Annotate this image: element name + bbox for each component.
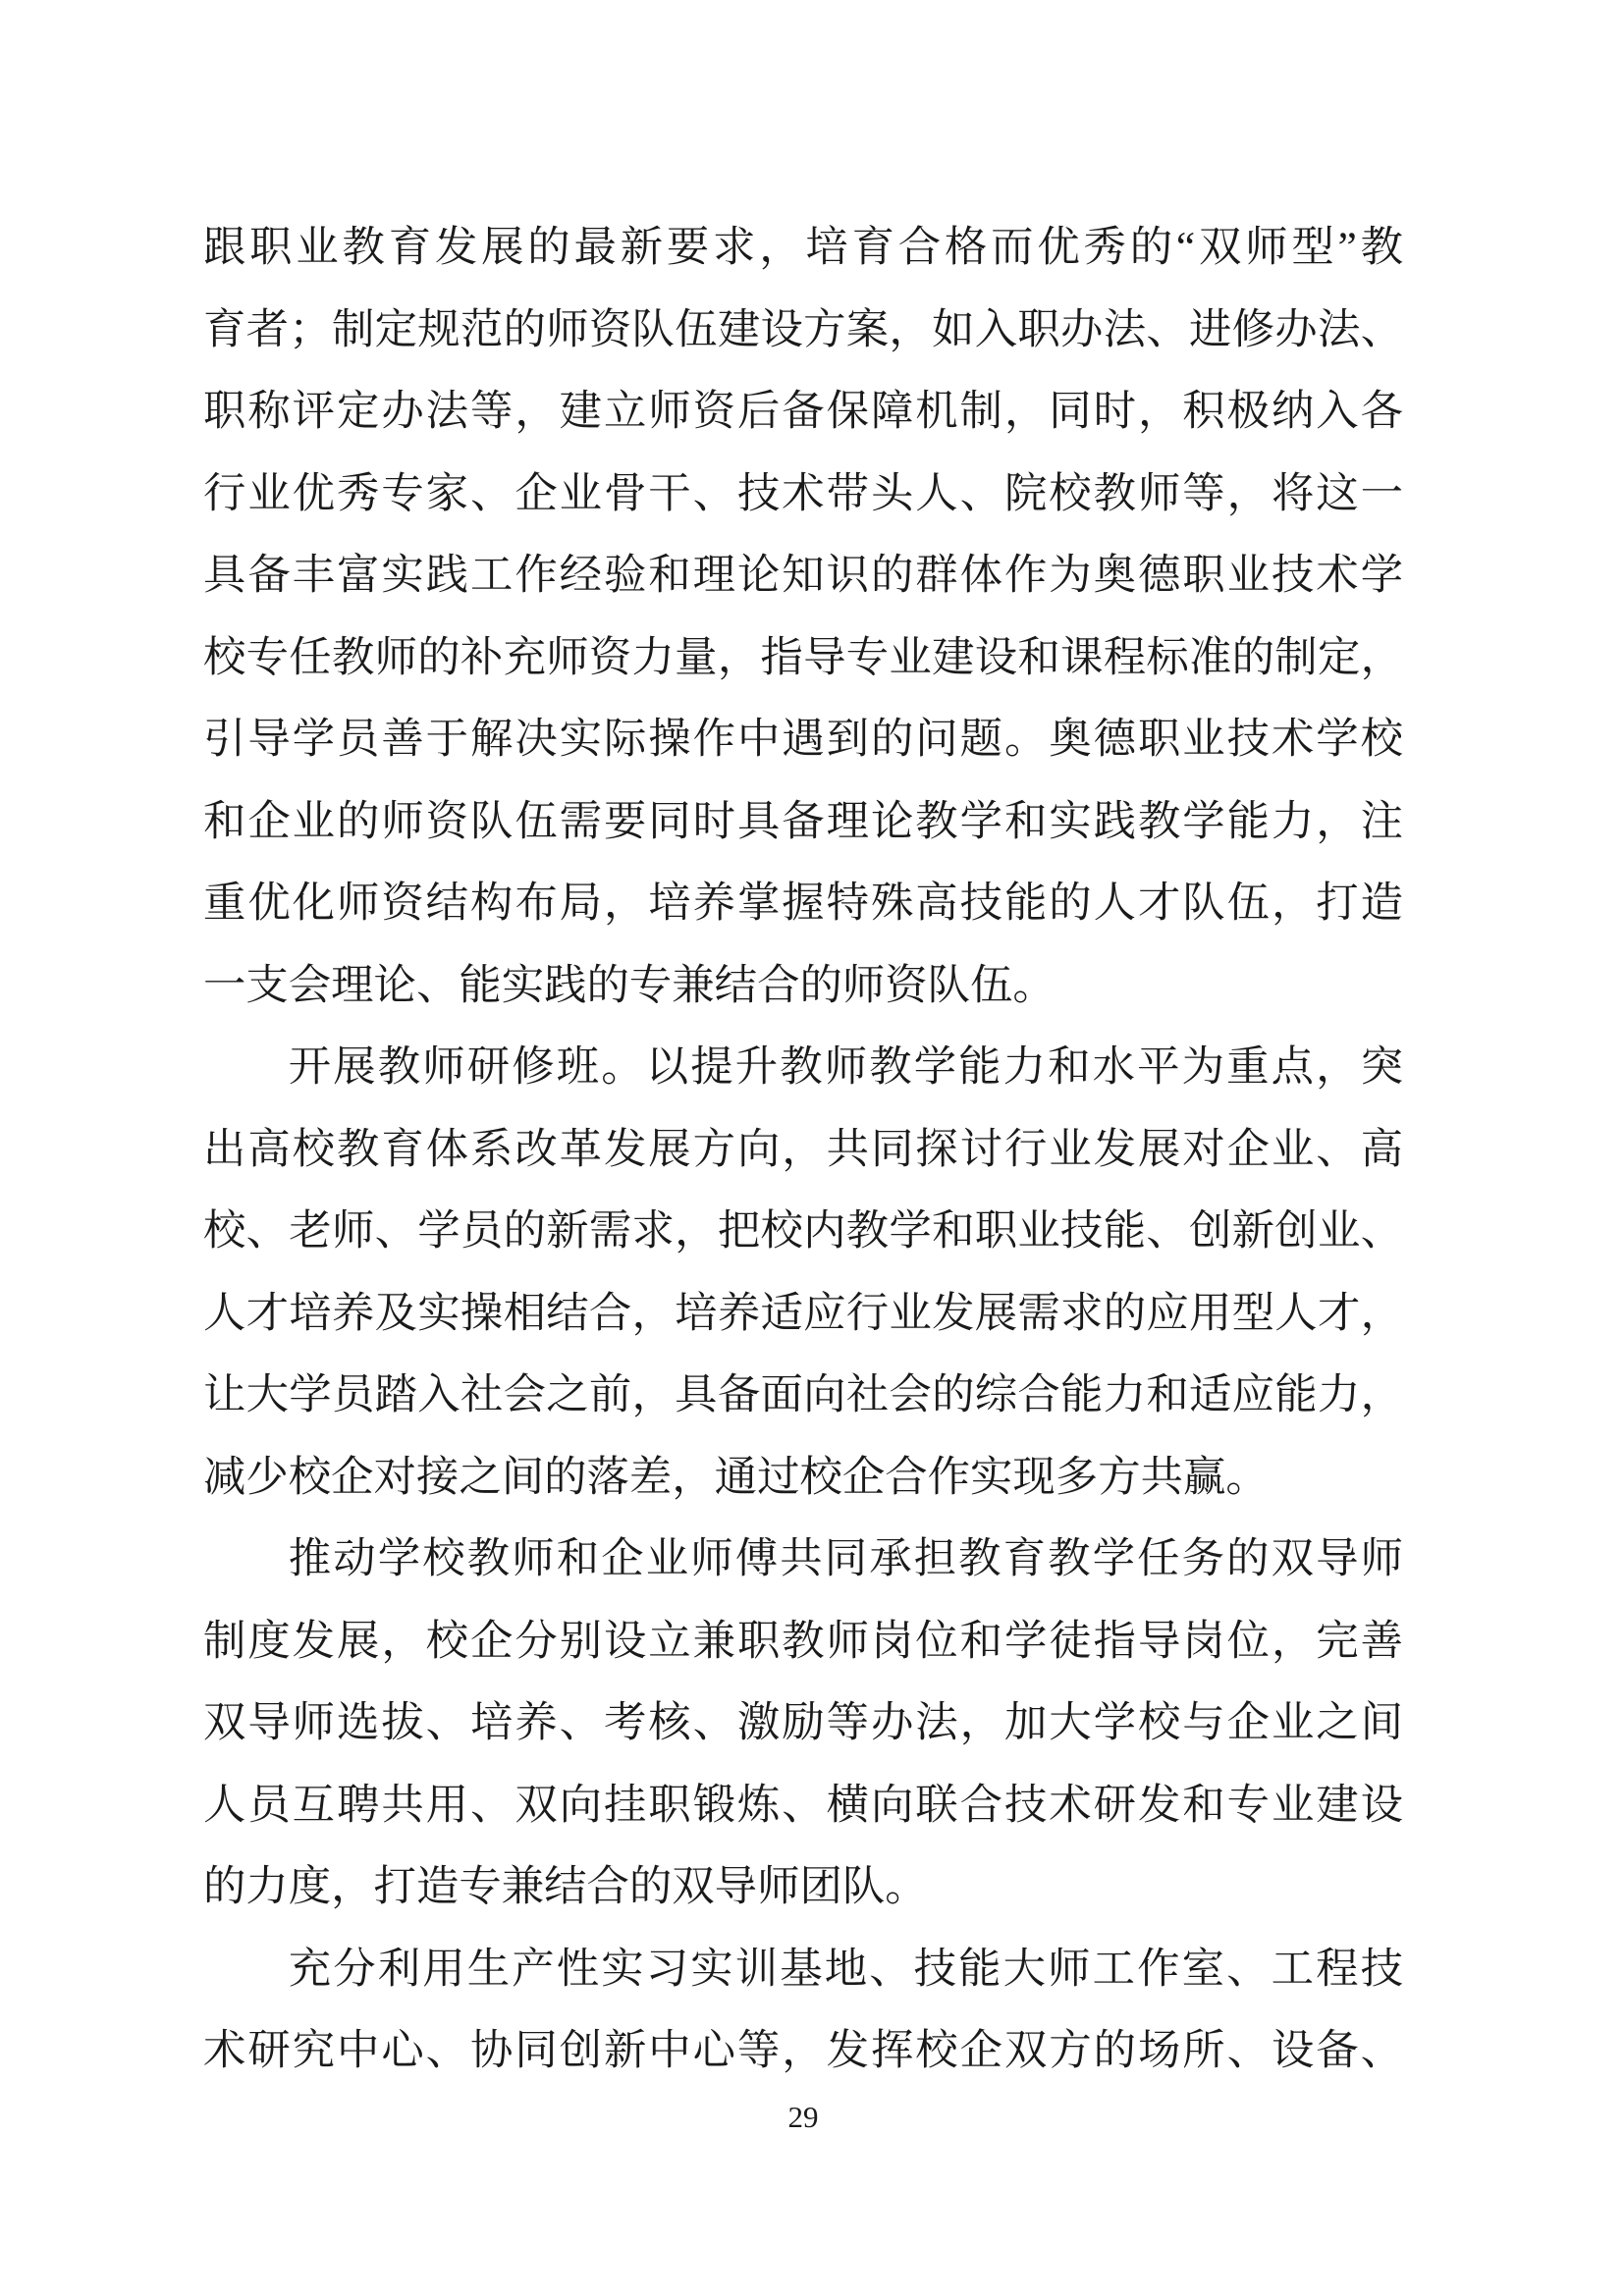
text-line: 人才培养及实操相结合，培养适应行业发展需求的应用型人才， bbox=[203, 1273, 1403, 1356]
text-line: 具备丰富实践工作经验和理论知识的群体作为奥德职业技术学 bbox=[203, 535, 1403, 617]
text-line: 充分利用生产性实习实训基地、技能大师工作室、工程技 bbox=[203, 1929, 1403, 2011]
text-line: 校专任教师的补充师资力量，指导专业建设和课程标准的制定， bbox=[203, 617, 1403, 700]
text-line: 开展教师研修班。以提升教师教学能力和水平为重点，突 bbox=[203, 1027, 1403, 1109]
text-line: 育者；制定规范的师资队伍建设方案，如入职办法、进修办法、 bbox=[203, 290, 1403, 372]
paragraph: 充分利用生产性实习实训基地、技能大师工作室、工程技术研究中心、协同创新中心等，发… bbox=[203, 1929, 1403, 2093]
text-line: 双导师选拔、培养、考核、激励等办法，加大学校与企业之间 bbox=[203, 1682, 1403, 1765]
text-line: 制度发展，校企分别设立兼职教师岗位和学徒指导岗位，完善 bbox=[203, 1601, 1403, 1683]
text-block: 跟职业教育发展的最新要求，培育合格而优秀的“双师型”教育者；制定规范的师资队伍建… bbox=[203, 207, 1403, 2093]
document-page: 跟职业教育发展的最新要求，培育合格而优秀的“双师型”教育者；制定规范的师资队伍建… bbox=[0, 0, 1624, 2296]
text-line: 和企业的师资队伍需要同时具备理论教学和实践教学能力，注 bbox=[203, 781, 1403, 864]
text-line: 校、老师、学员的新需求，把校内教学和职业技能、创新创业、 bbox=[203, 1191, 1403, 1273]
text-line: 减少校企对接之间的落差，通过校企合作实现多方共赢。 bbox=[203, 1437, 1403, 1520]
text-line: 让大学员踏入社会之前，具备面向社会的综合能力和适应能力， bbox=[203, 1355, 1403, 1437]
paragraph: 推动学校教师和企业师傅共同承担教育教学任务的双导师制度发展，校企分别设立兼职教师… bbox=[203, 1519, 1403, 1929]
text-line: 人员互聘共用、双向挂职锻炼、横向联合技术研发和专业建设 bbox=[203, 1765, 1403, 1847]
text-line: 引导学员善于解决实际操作中遇到的问题。奥德职业技术学校 bbox=[203, 699, 1403, 781]
text-line: 术研究中心、协同创新中心等，发挥校企双方的场所、设备、 bbox=[203, 2010, 1403, 2093]
paragraph: 跟职业教育发展的最新要求，培育合格而优秀的“双师型”教育者；制定规范的师资队伍建… bbox=[203, 207, 1403, 1027]
page-number: 29 bbox=[203, 2100, 1403, 2135]
paragraph: 开展教师研修班。以提升教师教学能力和水平为重点，突出高校教育体系改革发展方向，共… bbox=[203, 1027, 1403, 1519]
text-line: 推动学校教师和企业师傅共同承担教育教学任务的双导师 bbox=[203, 1519, 1403, 1601]
text-line: 跟职业教育发展的最新要求，培育合格而优秀的“双师型”教 bbox=[203, 207, 1403, 290]
text-line: 职称评定办法等，建立师资后备保障机制，同时，积极纳入各 bbox=[203, 371, 1403, 454]
text-line: 重优化师资结构布局，培养掌握特殊高技能的人才队伍，打造 bbox=[203, 863, 1403, 945]
text-line: 的力度，打造专兼结合的双导师团队。 bbox=[203, 1846, 1403, 1929]
text-line: 一支会理论、能实践的专兼结合的师资队伍。 bbox=[203, 945, 1403, 1028]
text-line: 行业优秀专家、企业骨干、技术带头人、院校教师等，将这一 bbox=[203, 454, 1403, 536]
text-line: 出高校教育体系改革发展方向，共同探讨行业发展对企业、高 bbox=[203, 1109, 1403, 1192]
